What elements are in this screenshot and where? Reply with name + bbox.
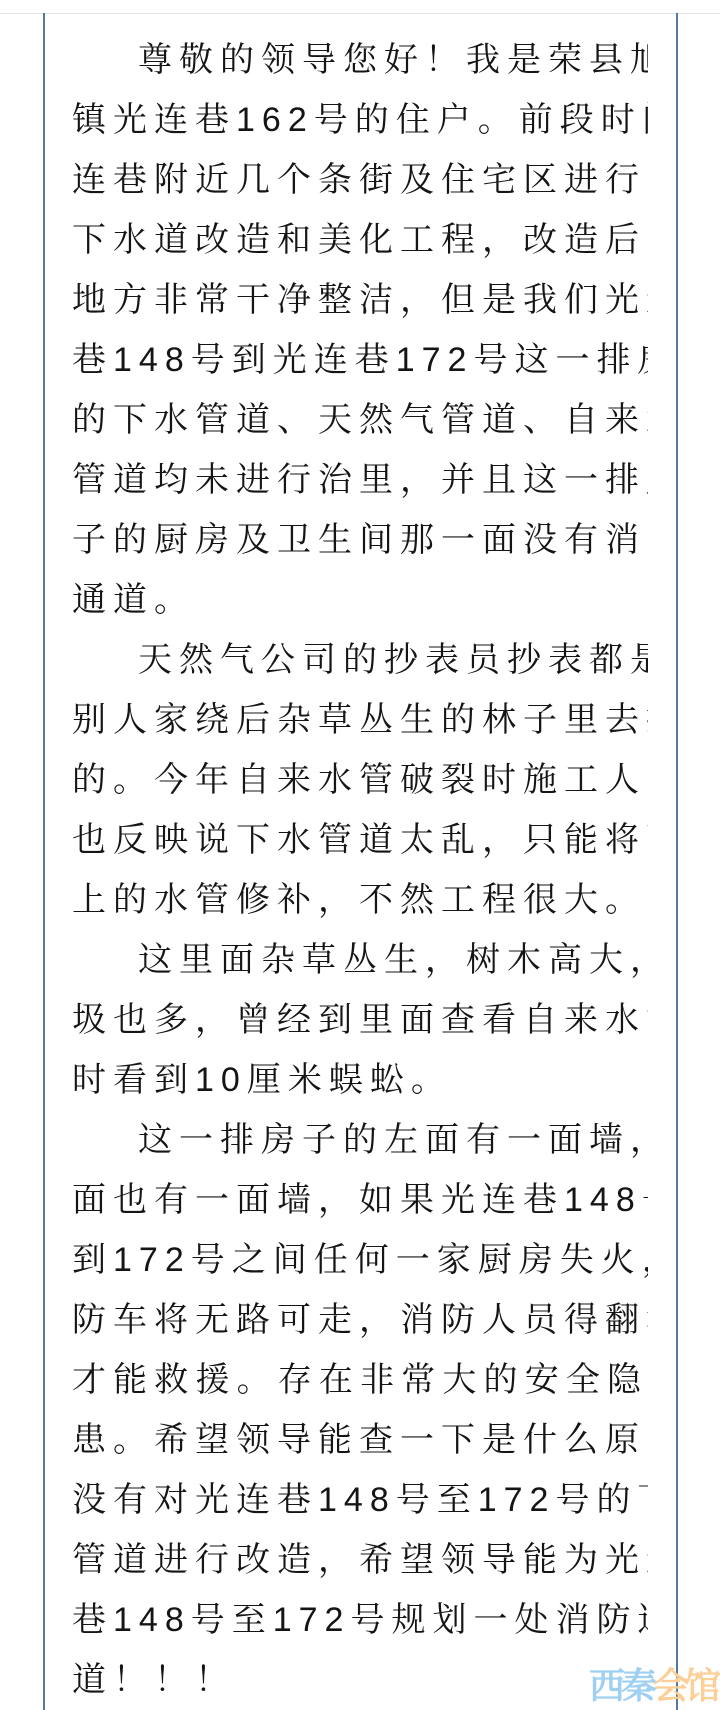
letter-line: 子的厨房及卫生间那一面没有消防 (72, 510, 648, 570)
letter-line: 管道均未进行治里，并且这一排房 (72, 450, 648, 510)
letter-line: 防车将无路可走，消防人员得翻墙 (72, 1290, 648, 1350)
letter-line: 患。希望领导能查一下是什么原因 (72, 1410, 648, 1470)
paragraph: 天然气公司的抄表员抄表都是从别人家绕后杂草丛生的林子里去抄的。今年自来水管破裂时… (72, 630, 648, 930)
watermark-text-left: 西秦 (589, 1665, 653, 1706)
letter-line: 巷148号到光连巷172号这一排房子 (72, 330, 648, 390)
paragraph: 这里面杂草丛生，树木高大，拉圾也多，曾经到里面查看自来水管时看到10厘米蜈蚣。 (72, 930, 648, 1110)
letter-line: 管道进行改造，希望领导能为光连 (72, 1530, 648, 1590)
paragraph: 尊敬的领导您好！我是荣县旭阳镇光连巷162号的住户。前段时间光连巷附近几个条街及… (72, 30, 648, 630)
letter-line: 地方非常干净整洁，但是我们光连 (72, 270, 648, 330)
watermark: 西秦会馆 (589, 1668, 717, 1704)
letter-line: 的下水管道、天然气管道、自来水 (72, 390, 648, 450)
letter-line: 时看到10厘米蜈蚣。 (72, 1050, 648, 1110)
letter-line: 别人家绕后杂草丛生的林子里去抄 (72, 690, 648, 750)
letter-line: 才能救援。存在非常大的安全隐 (72, 1350, 648, 1410)
letter-line: 天然气公司的抄表员抄表都是从 (72, 630, 648, 690)
letter-line: 巷148号至172号规划一处消防通 (72, 1590, 648, 1650)
top-divider-line (0, 13, 720, 14)
left-border-rule (43, 13, 45, 1710)
paragraph: 这一排房子的左面有一面墙，右面也有一面墙，如果光连巷148号到172号之间任何一… (72, 1110, 648, 1710)
letter-line: 上的水管修补，不然工程很大。 (72, 870, 648, 930)
letter-line: 到172号之间任何一家厨房失火，消 (72, 1230, 648, 1290)
watermark-text-right: 会馆 (653, 1665, 717, 1706)
right-border-rule (676, 13, 678, 1710)
letter-line: 连巷附近几个条街及住宅区进行了 (72, 150, 648, 210)
letter-line: 尊敬的领导您好！我是荣县旭阳 (72, 30, 648, 90)
letter-line: 镇光连巷162号的住户。前段时间光 (72, 90, 648, 150)
letter-line: 没有对光连巷148号至172号的下水 (72, 1470, 648, 1530)
letter-line: 圾也多，曾经到里面查看自来水管 (72, 990, 648, 1050)
letter-line: 的。今年自来水管破裂时施工人员 (72, 750, 648, 810)
letter-line: 面也有一面墙，如果光连巷148号 (72, 1170, 648, 1230)
letter-line: 这一排房子的左面有一面墙，右 (72, 1110, 648, 1170)
letter-body: 尊敬的领导您好！我是荣县旭阳镇光连巷162号的住户。前段时间光连巷附近几个条街及… (72, 30, 648, 1710)
letter-line: 也反映说下水管道太乱，只能将面 (72, 810, 648, 870)
letter-line: 道！！！ (72, 1650, 648, 1710)
letter-line: 这里面杂草丛生，树木高大，拉 (72, 930, 648, 990)
letter-line: 通道。 (72, 570, 648, 630)
letter-line: 下水道改造和美化工程，改造后的 (72, 210, 648, 270)
